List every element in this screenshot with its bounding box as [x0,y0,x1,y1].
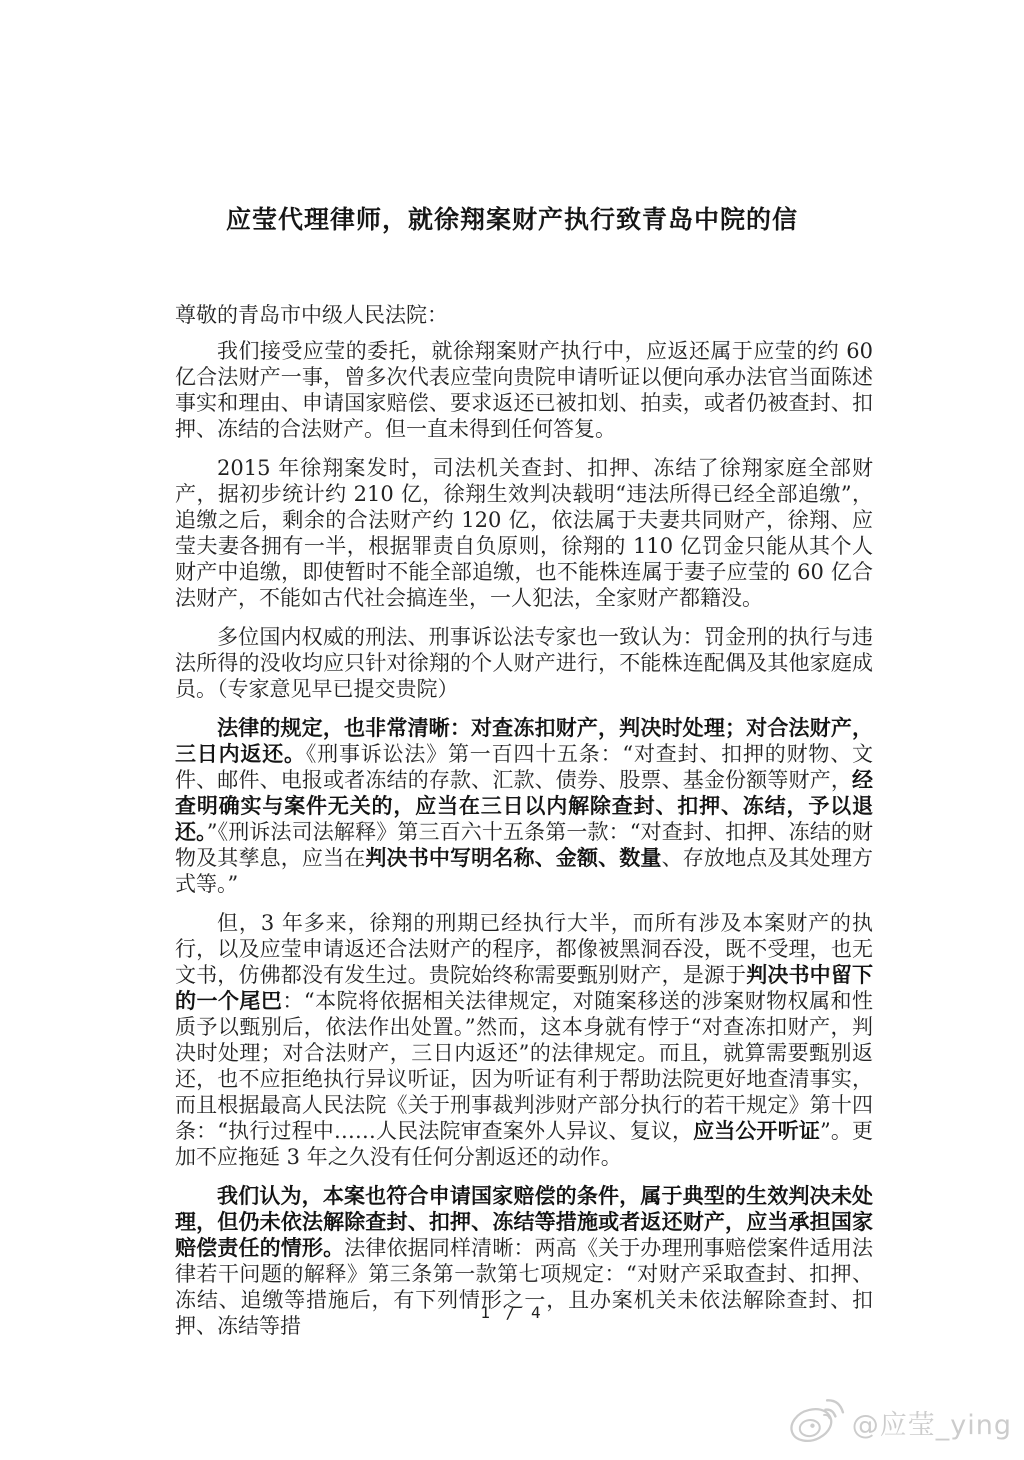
page-number: 1 / 4 [0,1303,1024,1322]
document-title: 应莹代理律师，就徐翔案财产执行致青岛中院的信 [0,200,1024,236]
watermark-handle: @应莹_ying [852,1403,1012,1442]
scanned-letter-page: 应莹代理律师，就徐翔案财产执行致青岛中院的信 尊敬的青岛市中级人民法院： 我们接… [0,0,1024,1460]
paragraph: 法律的规定，也非常清晰：对查冻扣财产，判决时处理；对合法财产，三日内返还。《刑事… [175,715,873,897]
letter-body: 尊敬的青岛市中级人民法院： 我们接受应莹的委托，就徐翔案财产执行中，应返还属于应… [175,302,873,1352]
text-run: 多位国内权威的刑法、刑事诉讼法专家也一致认为：罚金刑的执行与违法所得的没收均应只… [175,625,873,701]
paragraph: 但，3 年多来，徐翔的刑期已经执行大半，而所有涉及本案财产的执行，以及应莹申请返… [175,910,873,1170]
salutation: 尊敬的青岛市中级人民法院： [175,302,873,328]
weibo-icon [782,1392,851,1452]
paragraph: 2015 年徐翔案发时，司法机关查封、扣押、冻结了徐翔家庭全部财产，据初步统计约… [175,455,873,611]
paragraph: 我们接受应莹的委托，就徐翔案财产执行中，应返还属于应莹的约 60 亿合法财产一事… [175,338,873,442]
bold-text-run: 应当公开听证 [693,1118,820,1143]
bold-text-run: 判决书中写明名称、金额、数量 [365,845,661,870]
paragraphs: 我们接受应莹的委托，就徐翔案财产执行中，应返还属于应莹的约 60 亿合法财产一事… [175,338,873,1339]
paragraph: 多位国内权威的刑法、刑事诉讼法专家也一致认为：罚金刑的执行与违法所得的没收均应只… [175,624,873,702]
text-run: 2015 年徐翔案发时，司法机关查封、扣押、冻结了徐翔家庭全部财产，据初步统计约… [175,456,873,610]
watermark: @应莹_ying [786,1396,1012,1448]
text-run: 我们接受应莹的委托，就徐翔案财产执行中，应返还属于应莹的约 60 亿合法财产一事… [175,339,873,441]
